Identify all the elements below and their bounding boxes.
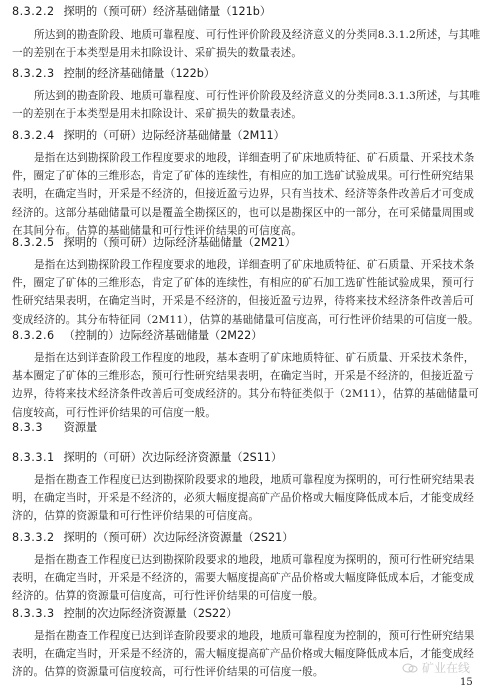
section-number: 8.3.3.2 (12, 531, 60, 545)
section-heading-8-3-3: 8.3.3 资源量 (12, 421, 97, 435)
section-title: 探明的（可研）次边际经济资源量（2S11） (64, 451, 283, 464)
page-number: 15 (460, 677, 473, 688)
wechat-icon (402, 663, 418, 673)
section-number: 8.3.3.1 (12, 451, 60, 465)
section-number: 8.3.2.6 (12, 329, 60, 343)
section-number: 8.3.2.2 (12, 5, 60, 19)
section-number: 8.3.3.3 (12, 607, 60, 621)
section-paragraph-8-3-2-2: 所达到的勘查阶段、地质可靠程度、可行性评价阶段及经济意义的分类同8.3.1.2所… (12, 26, 482, 62)
section-title: 探明的（预可研）边际经济基础储量（2M21） (64, 236, 296, 249)
section-title: （控制的）边际经济基础储量（2M22） (64, 329, 263, 342)
section-title: 探明的（预可研）次边际经济资源量（2S21） (64, 531, 294, 544)
document-page: 8.3.2.2 探明的（预可研）经济基础储量（121b） 所达到的勘查阶段、地质… (0, 0, 492, 693)
section-heading-8-3-3-1: 8.3.3.1 探明的（可研）次边际经济资源量（2S11） (12, 451, 282, 465)
section-paragraph-8-3-2-3: 所达到的勘查阶段、地质可靠程度、可行性评价阶段及经济意义的分类同8.3.1.3所… (12, 87, 482, 123)
section-number: 8.3.2.3 (12, 67, 60, 81)
section-heading-8-3-2-2: 8.3.2.2 探明的（预可研）经济基础储量（121b） (12, 5, 271, 19)
section-title: 探明的（预可研）经济基础储量（121b） (64, 5, 271, 18)
section-heading-8-3-2-3: 8.3.2.3 控制的经济基础储量（122b） (12, 67, 215, 81)
section-heading-8-3-3-2: 8.3.3.2 探明的（预可研）次边际经济资源量（2S21） (12, 531, 293, 545)
section-title: 控制的经济基础储量（122b） (64, 67, 216, 80)
section-title: 控制的次边际经济资源量（2S22） (64, 607, 238, 620)
watermark-text: 矿业在线 (422, 659, 470, 676)
section-title: 探明的（可研）边际经济基础储量（2M11） (64, 129, 285, 142)
section-paragraph-8-3-2-4: 是指在达到勘探阶段工作程度要求的地段，详细查明了矿床地质特征、矿石质量、开采技术… (12, 149, 482, 240)
section-paragraph-8-3-2-6: 是指在达到详查阶段工作程度的地段，基本查明了矿床地质特征、矿石质量、开采技术条件… (12, 349, 482, 422)
section-heading-8-3-2-5: 8.3.2.5 探明的（预可研）边际经济基础储量（2M21） (12, 236, 296, 250)
section-heading-8-3-2-4: 8.3.2.4 探明的（可研）边际经济基础储量（2M11） (12, 129, 285, 143)
section-number: 8.3.2.4 (12, 129, 60, 143)
section-paragraph-8-3-3-2: 是指在勘查工作程度已达到勘探阶段要求的地段，地质可靠程度为探明的，预可行性研究结… (12, 551, 482, 606)
section-number: 8.3.2.5 (12, 236, 60, 250)
section-paragraph-8-3-3-1: 是指在勘查工作程度已达到勘探阶段要求的地段，地质可靠程度为探明的，可行性研究结果… (12, 471, 482, 526)
section-paragraph-8-3-2-5: 是指在达到勘探阶段工作程度要求的地段，详细查明了矿床地质特征、矿石质量、开采技术… (12, 256, 482, 329)
section-heading-8-3-3-3: 8.3.3.3 控制的次边际经济资源量（2S22） (12, 607, 237, 621)
section-number: 8.3.3 (12, 421, 60, 435)
watermark: 矿业在线 (402, 659, 470, 676)
section-heading-8-3-2-6: 8.3.2.6 （控制的）边际经济基础储量（2M22） (12, 329, 262, 343)
section-title: 资源量 (64, 421, 98, 434)
